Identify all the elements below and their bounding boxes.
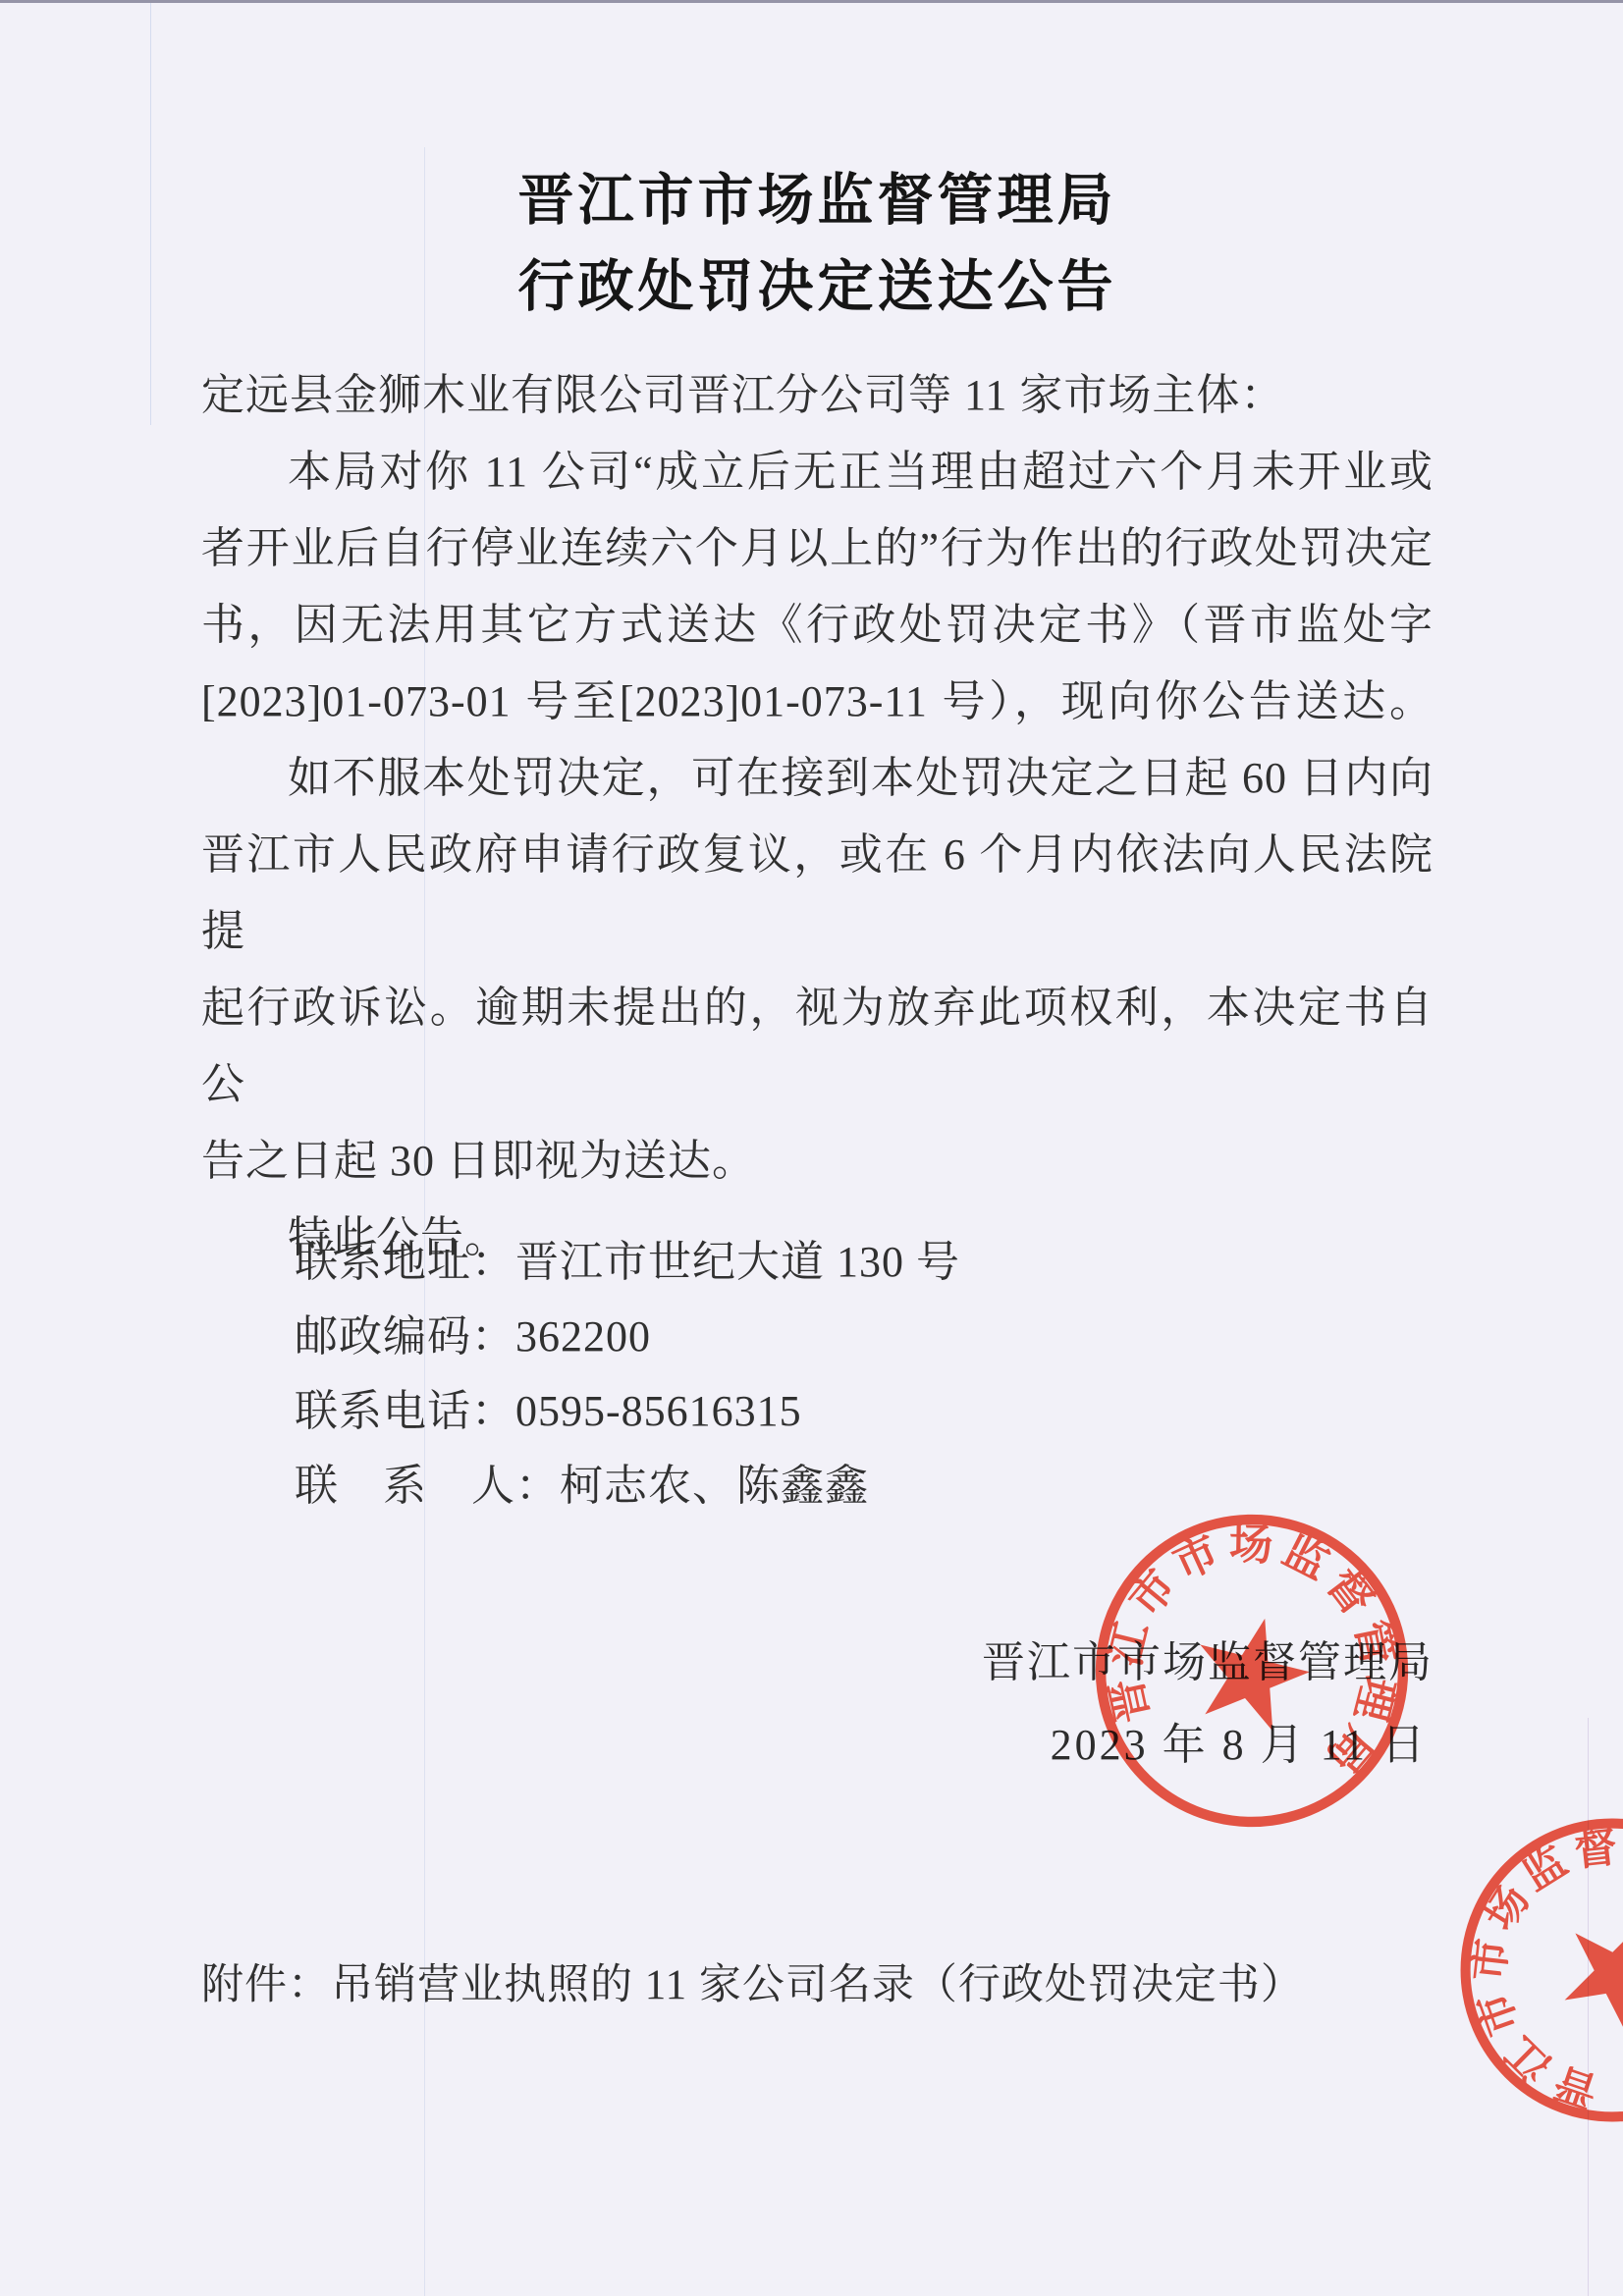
body-line: [2023]01-073-01 号至[2023]01-073-11 号），现向你… bbox=[201, 664, 1434, 740]
document-body: 定远县金狮木业有限公司晋江分公司等 11 家市场主体： 本局对你 11 公司“成… bbox=[201, 357, 1434, 1276]
body-line-salutation: 定远县金狮木业有限公司晋江分公司等 11 家市场主体： bbox=[201, 357, 1434, 434]
document-content: 晋江市市场监督管理局 行政处罚决定送达公告 定远县金狮木业有限公司晋江分公司等 … bbox=[201, 0, 1434, 1276]
body-line: 如不服本处罚决定，可在接到本处罚决定之日起 60 日内向 bbox=[201, 740, 1434, 817]
signature-date: 2023 年 8 月 11 日 bbox=[982, 1704, 1434, 1787]
scan-crease-line bbox=[1588, 1718, 1589, 2296]
contact-postcode: 邮政编码：362200 bbox=[295, 1300, 960, 1374]
scanned-document-page: 晋江市市场监督管理局 行政处罚决定送达公告 定远县金狮木业有限公司晋江分公司等 … bbox=[0, 0, 1623, 2296]
body-line: 起行政诉讼。逾期未提出的，视为放弃此项权利，本决定书自公 bbox=[201, 970, 1434, 1123]
contact-phone: 联系电话：0595-85616315 bbox=[295, 1374, 960, 1449]
contact-person: 联 系 人：柯志农、陈鑫鑫 bbox=[295, 1449, 960, 1523]
signature-agency: 晋江市市场监督管理局 bbox=[982, 1622, 1434, 1704]
seal-ring bbox=[1405, 1763, 1623, 2178]
attachment-note: 附件：吊销营业执照的 11 家公司名录（行政处罚决定书） bbox=[201, 1951, 1304, 2020]
seal-star-icon bbox=[1537, 1895, 1623, 2046]
title-line-2: 行政处罚决定送达公告 bbox=[201, 243, 1434, 330]
document-title: 晋江市市场监督管理局 行政处罚决定送达公告 bbox=[201, 157, 1434, 330]
seal-arc-text: 晋江市市场监督管理局 bbox=[1405, 1763, 1623, 2133]
contact-block: 联系地址：晋江市世纪大道 130 号 邮政编码：362200 联系电话：0595… bbox=[295, 1225, 960, 1523]
scan-crease-line bbox=[150, 3, 151, 425]
body-line: 本局对你 11 公司“成立后无正当理由超过六个月未开业或 bbox=[201, 434, 1434, 510]
title-line-1: 晋江市市场监督管理局 bbox=[201, 157, 1434, 243]
body-line: 书，因无法用其它方式送达《行政处罚决定书》（晋市监处字 bbox=[201, 587, 1434, 664]
body-line: 者开业后自行停业连续六个月以上的”行为作出的行政处罚决定 bbox=[201, 510, 1434, 587]
contact-address: 联系地址：晋江市世纪大道 130 号 bbox=[295, 1225, 960, 1300]
body-line: 晋江市人民政府申请行政复议，或在 6 个月内依法向人民法院提 bbox=[201, 817, 1434, 970]
signature-block: 晋江市市场监督管理局 2023 年 8 月 11 日 bbox=[982, 1622, 1434, 1787]
body-line: 告之日起 30 日即视为送达。 bbox=[201, 1123, 1434, 1200]
